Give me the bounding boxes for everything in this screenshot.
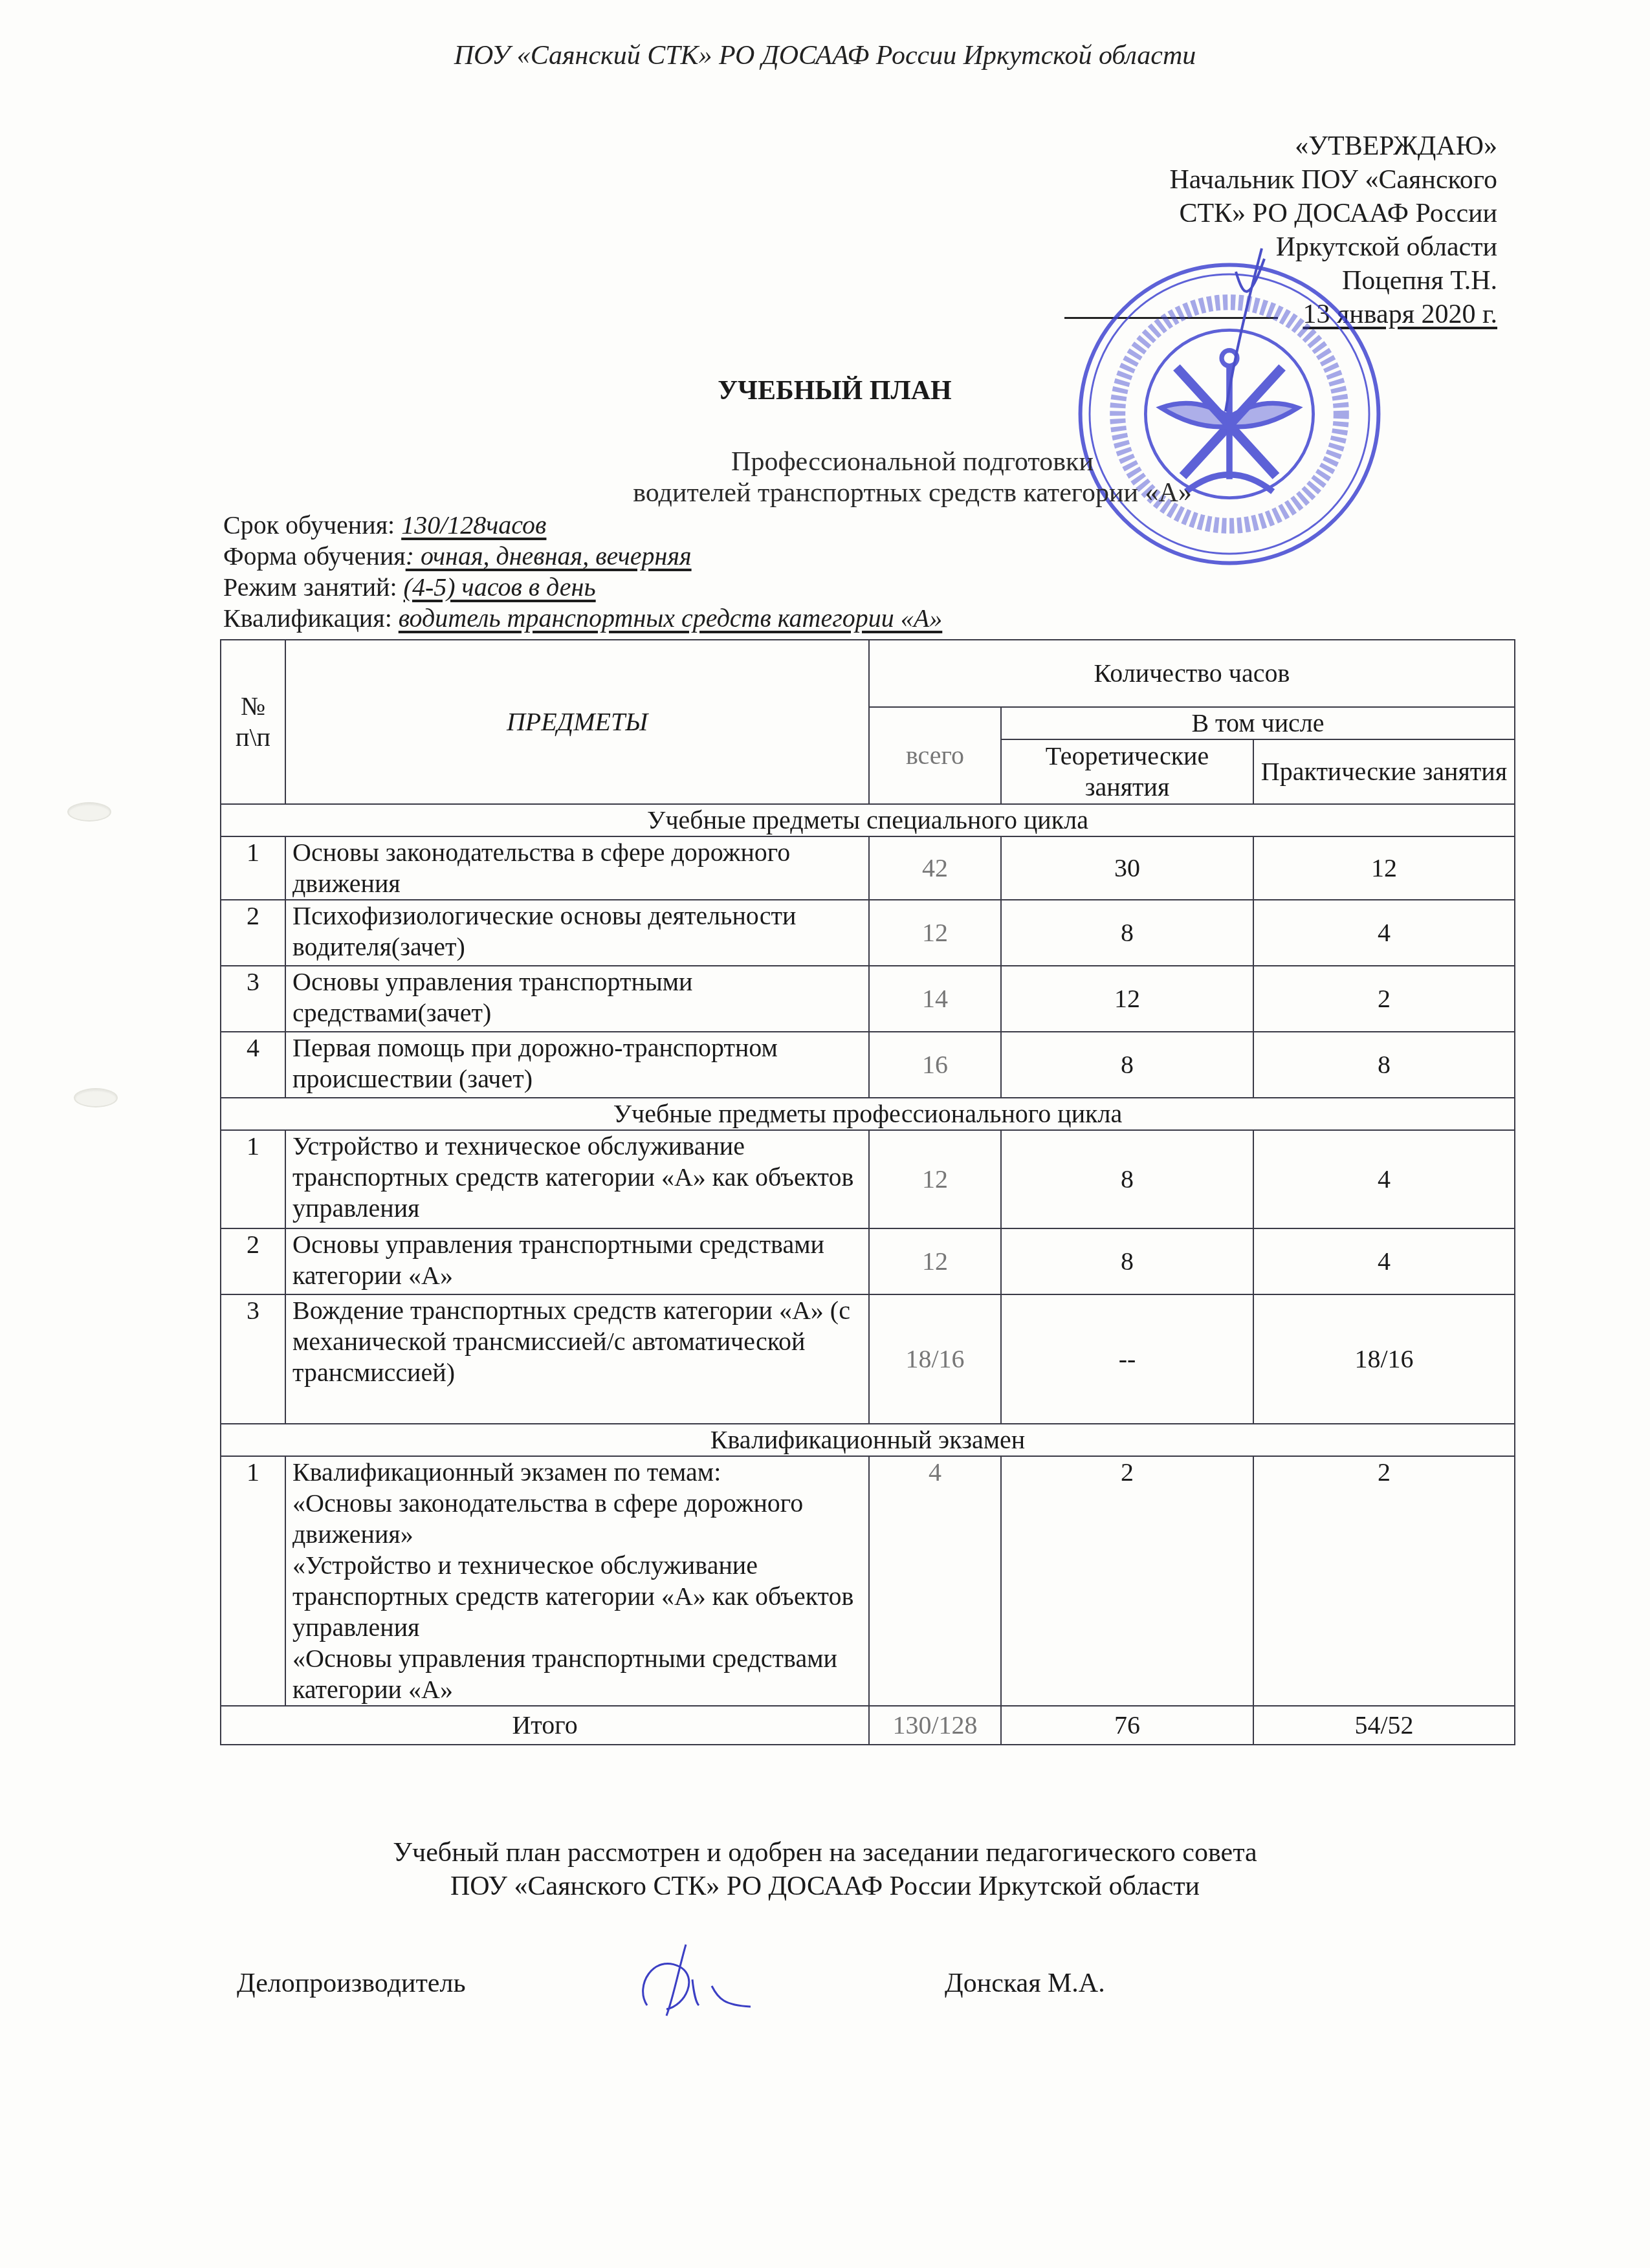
subject-name: Квалификационный экзамен по темам:«Основ… [285,1456,869,1706]
table-row: 4Первая помощь при дорожно-транспортном … [221,1032,1515,1098]
header-theory: Теоретические занятия [1001,739,1253,804]
hours-theory: 8 [1001,1228,1253,1294]
subject-name: Устройство и техническое обслуживание тр… [285,1130,869,1228]
header-practice: Практические занятия [1253,739,1515,804]
hours-total: 4 [869,1456,1001,1706]
hours-practice: 18/16 [1253,1294,1515,1424]
meta-duration: Срок обучения: 130/128часов [223,510,942,541]
exam-topic-line: «Основы управления транспортными средств… [292,1643,862,1705]
hours-theory: 12 [1001,966,1253,1032]
section-header-row: Учебные предметы специального цикла [221,804,1515,836]
total-row: Итого130/1287654/52 [221,1706,1515,1745]
row-number: 4 [221,1032,285,1098]
section-title: Учебные предметы профессионального цикла [221,1098,1515,1130]
section-header-row: Учебные предметы профессионального цикла [221,1098,1515,1130]
section-title: Учебные предметы специального цикла [221,804,1515,836]
table-row: 2Основы управления транспортными средств… [221,1228,1515,1294]
subtitle-line: водителей транспортных средств категории… [492,477,1333,508]
header-hours: Количество часов [869,640,1515,707]
subject-name: Вождение транспортных средств категории … [285,1294,869,1424]
hours-theory: 2 [1001,1456,1253,1706]
hours-total: 16 [869,1032,1001,1098]
hours-theory: 8 [1001,900,1253,966]
table-row: 1Устройство и техническое обслуживание т… [221,1130,1515,1228]
document-subtitle: Профессиональной подготовки водителей тр… [492,446,1333,508]
row-number: 3 [221,1294,285,1424]
row-number: 1 [221,836,285,900]
clerk-signature-icon [621,1941,776,2018]
row-number: 2 [221,900,285,966]
header-num: № п\п [221,640,285,804]
hours-practice: 4 [1253,1228,1515,1294]
approval-note: Учебный план рассмотрен и одобрен на зас… [0,1836,1650,1903]
exam-topic-line: Квалификационный экзамен по темам: [292,1457,862,1488]
hours-practice: 4 [1253,1130,1515,1228]
exam-topic-line: «Основы законодательства в сфере дорожно… [292,1488,862,1550]
table-row: 1Основы законодательства в сфере дорожно… [221,836,1515,900]
document-title: УЧЕБНЫЙ ПЛАН [621,375,1048,406]
clerk-name: Донская М.А. [945,1968,1105,1999]
hours-total: 14 [869,966,1001,1032]
punch-hole-top [67,802,111,822]
total-hours: 130/128 [869,1706,1001,1745]
hours-total: 18/16 [869,1294,1001,1424]
subject-name: Психофизиологические основы деятельности… [285,900,869,966]
clerk-position: Делопроизводитель [237,1968,466,1999]
meta-schedule: Режим занятий: (4-5) часов в день [223,572,942,603]
row-number: 3 [221,966,285,1032]
table-row: 1Квалификационный экзамен по темам:«Осно… [221,1456,1515,1706]
hours-total: 12 [869,1228,1001,1294]
subject-name: Основы управления транспортными средства… [285,966,869,1032]
meta-qualification: Квалификация: водитель транспортных сред… [223,603,942,634]
curriculum-table: № п\п ПРЕДМЕТЫ Количество часов всего В … [220,639,1515,1745]
approval-line: Начальник ПОУ «Саянского [1170,163,1497,197]
subject-name: Первая помощь при дорожно-транспортном п… [285,1032,869,1098]
total-theory: 76 [1001,1706,1253,1745]
total-label: Итого [221,1706,869,1745]
approver-signature-icon [1210,246,1288,414]
total-practice: 54/52 [1253,1706,1515,1745]
hours-theory: 8 [1001,1032,1253,1098]
row-number: 1 [221,1456,285,1706]
exam-topic-line: «Устройство и техническое обслуживание т… [292,1550,862,1643]
hours-theory: -- [1001,1294,1253,1424]
plan-meta: Срок обучения: 130/128часов Форма обучен… [223,510,942,634]
subtitle-line: Профессиональной подготовки [492,446,1333,477]
row-number: 1 [221,1130,285,1228]
hours-total: 12 [869,900,1001,966]
meta-form: Форма обучения: очная, дневная, вечерняя [223,541,942,572]
section-title: Квалификационный экзамен [221,1424,1515,1456]
hours-practice: 12 [1253,836,1515,900]
row-number: 2 [221,1228,285,1294]
hours-total: 42 [869,836,1001,900]
hours-theory: 8 [1001,1130,1253,1228]
hours-practice: 4 [1253,900,1515,966]
organization-header: ПОУ «Саянский СТК» РО ДОСААФ России Ирку… [0,40,1650,71]
section-header-row: Квалификационный экзамен [221,1424,1515,1456]
approval-line: СТК» РО ДОСААФ России [1170,197,1497,230]
hours-practice: 2 [1253,966,1515,1032]
hours-practice: 8 [1253,1032,1515,1098]
subject-name: Основы законодательства в сфере дорожног… [285,836,869,900]
table-row: 3Основы управления транспортными средств… [221,966,1515,1032]
subject-name: Основы управления транспортными средства… [285,1228,869,1294]
approval-line: «УТВЕРЖДАЮ» [1170,129,1497,163]
hours-theory: 30 [1001,836,1253,900]
punch-hole-bottom [74,1088,118,1107]
hours-total: 12 [869,1130,1001,1228]
hours-practice: 2 [1253,1456,1515,1706]
table-row: 3Вождение транспортных средств категории… [221,1294,1515,1424]
table-row: 2Психофизиологические основы деятельност… [221,900,1515,966]
header-subjects: ПРЕДМЕТЫ [285,640,869,804]
header-total: всего [869,707,1001,804]
header-including: В том числе [1001,707,1515,739]
